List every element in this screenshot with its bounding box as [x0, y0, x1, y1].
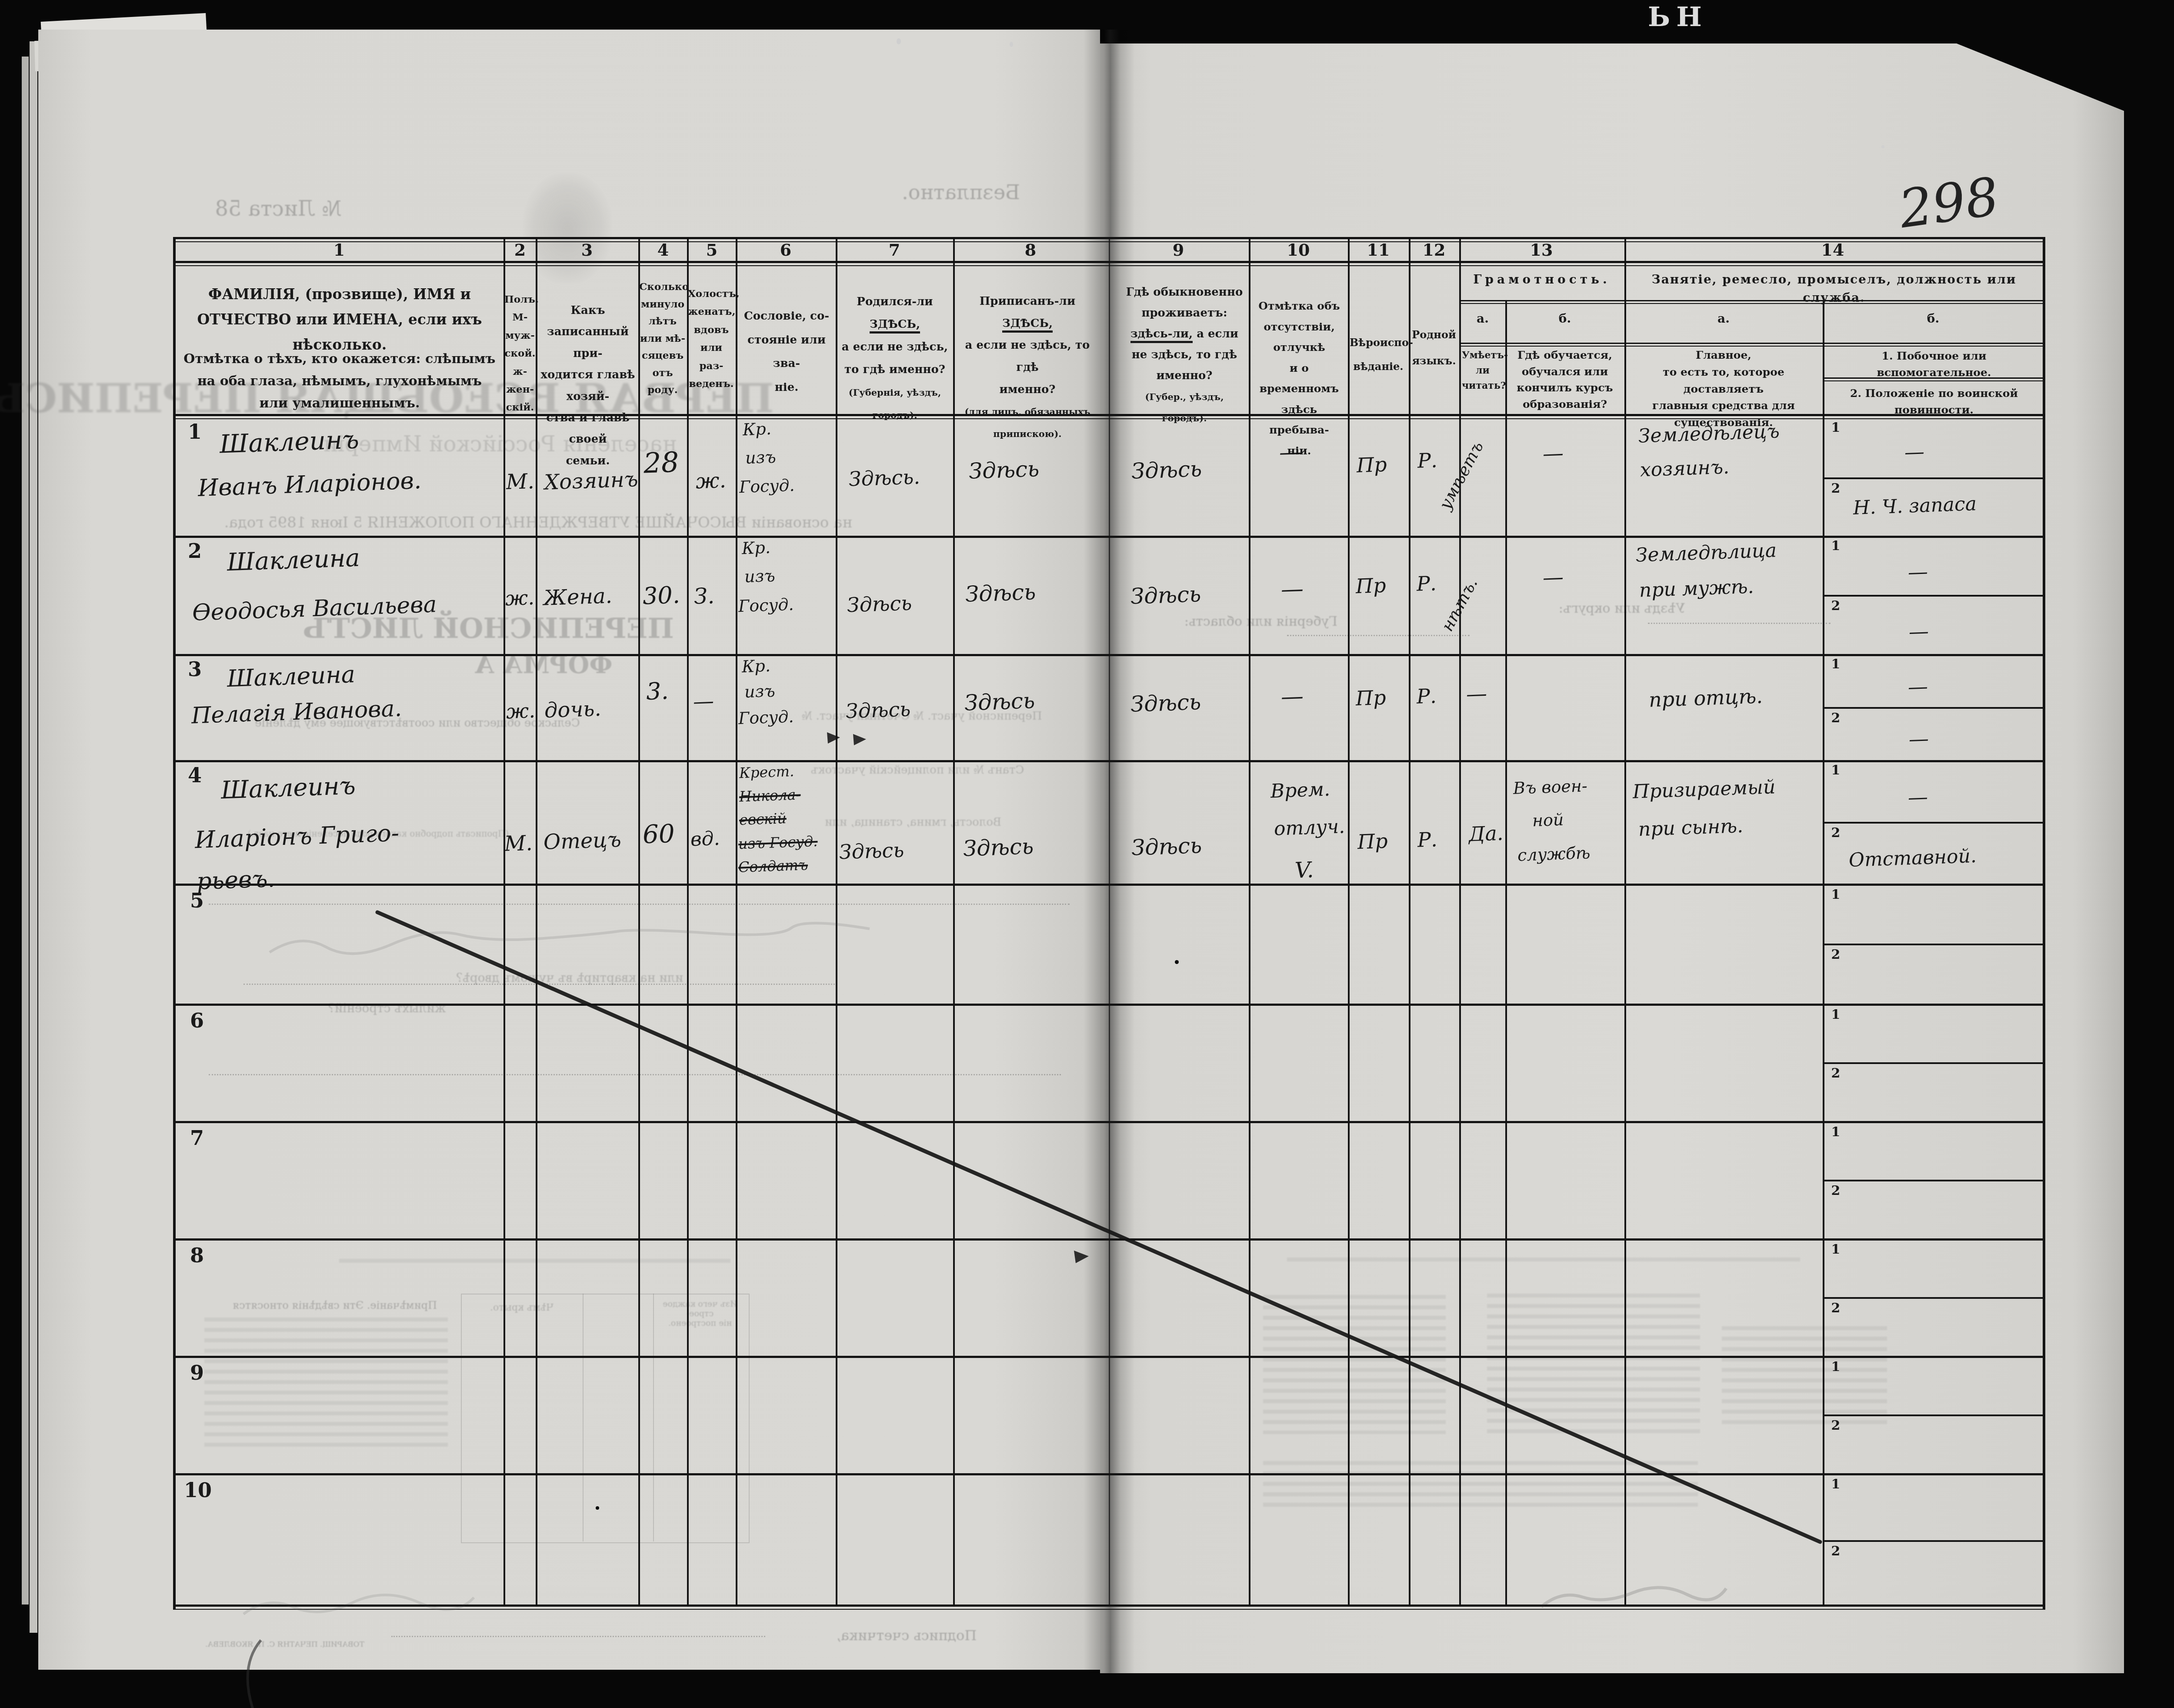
ink-speck [1881, 145, 1884, 148]
pen-curve-mark [248, 1640, 261, 1708]
bleed-signature-left [243, 1595, 474, 1614]
tick-mark [827, 732, 840, 744]
ink-speck [596, 1506, 599, 1510]
tick-mark [1074, 1251, 1089, 1263]
tick-mark [853, 734, 866, 745]
census-sheet-scan: ЬН 298 № Листа 58 Безплатно. ПЕРВАЯ ВСЕО… [0, 0, 2174, 1708]
ink-speck [1175, 960, 1179, 964]
bleed-signature-right [1541, 1588, 1726, 1607]
cancellation-stroke [377, 912, 1820, 1542]
bleed-cursive-row5 [270, 923, 870, 954]
pen-strokes-layer [0, 0, 2174, 1708]
